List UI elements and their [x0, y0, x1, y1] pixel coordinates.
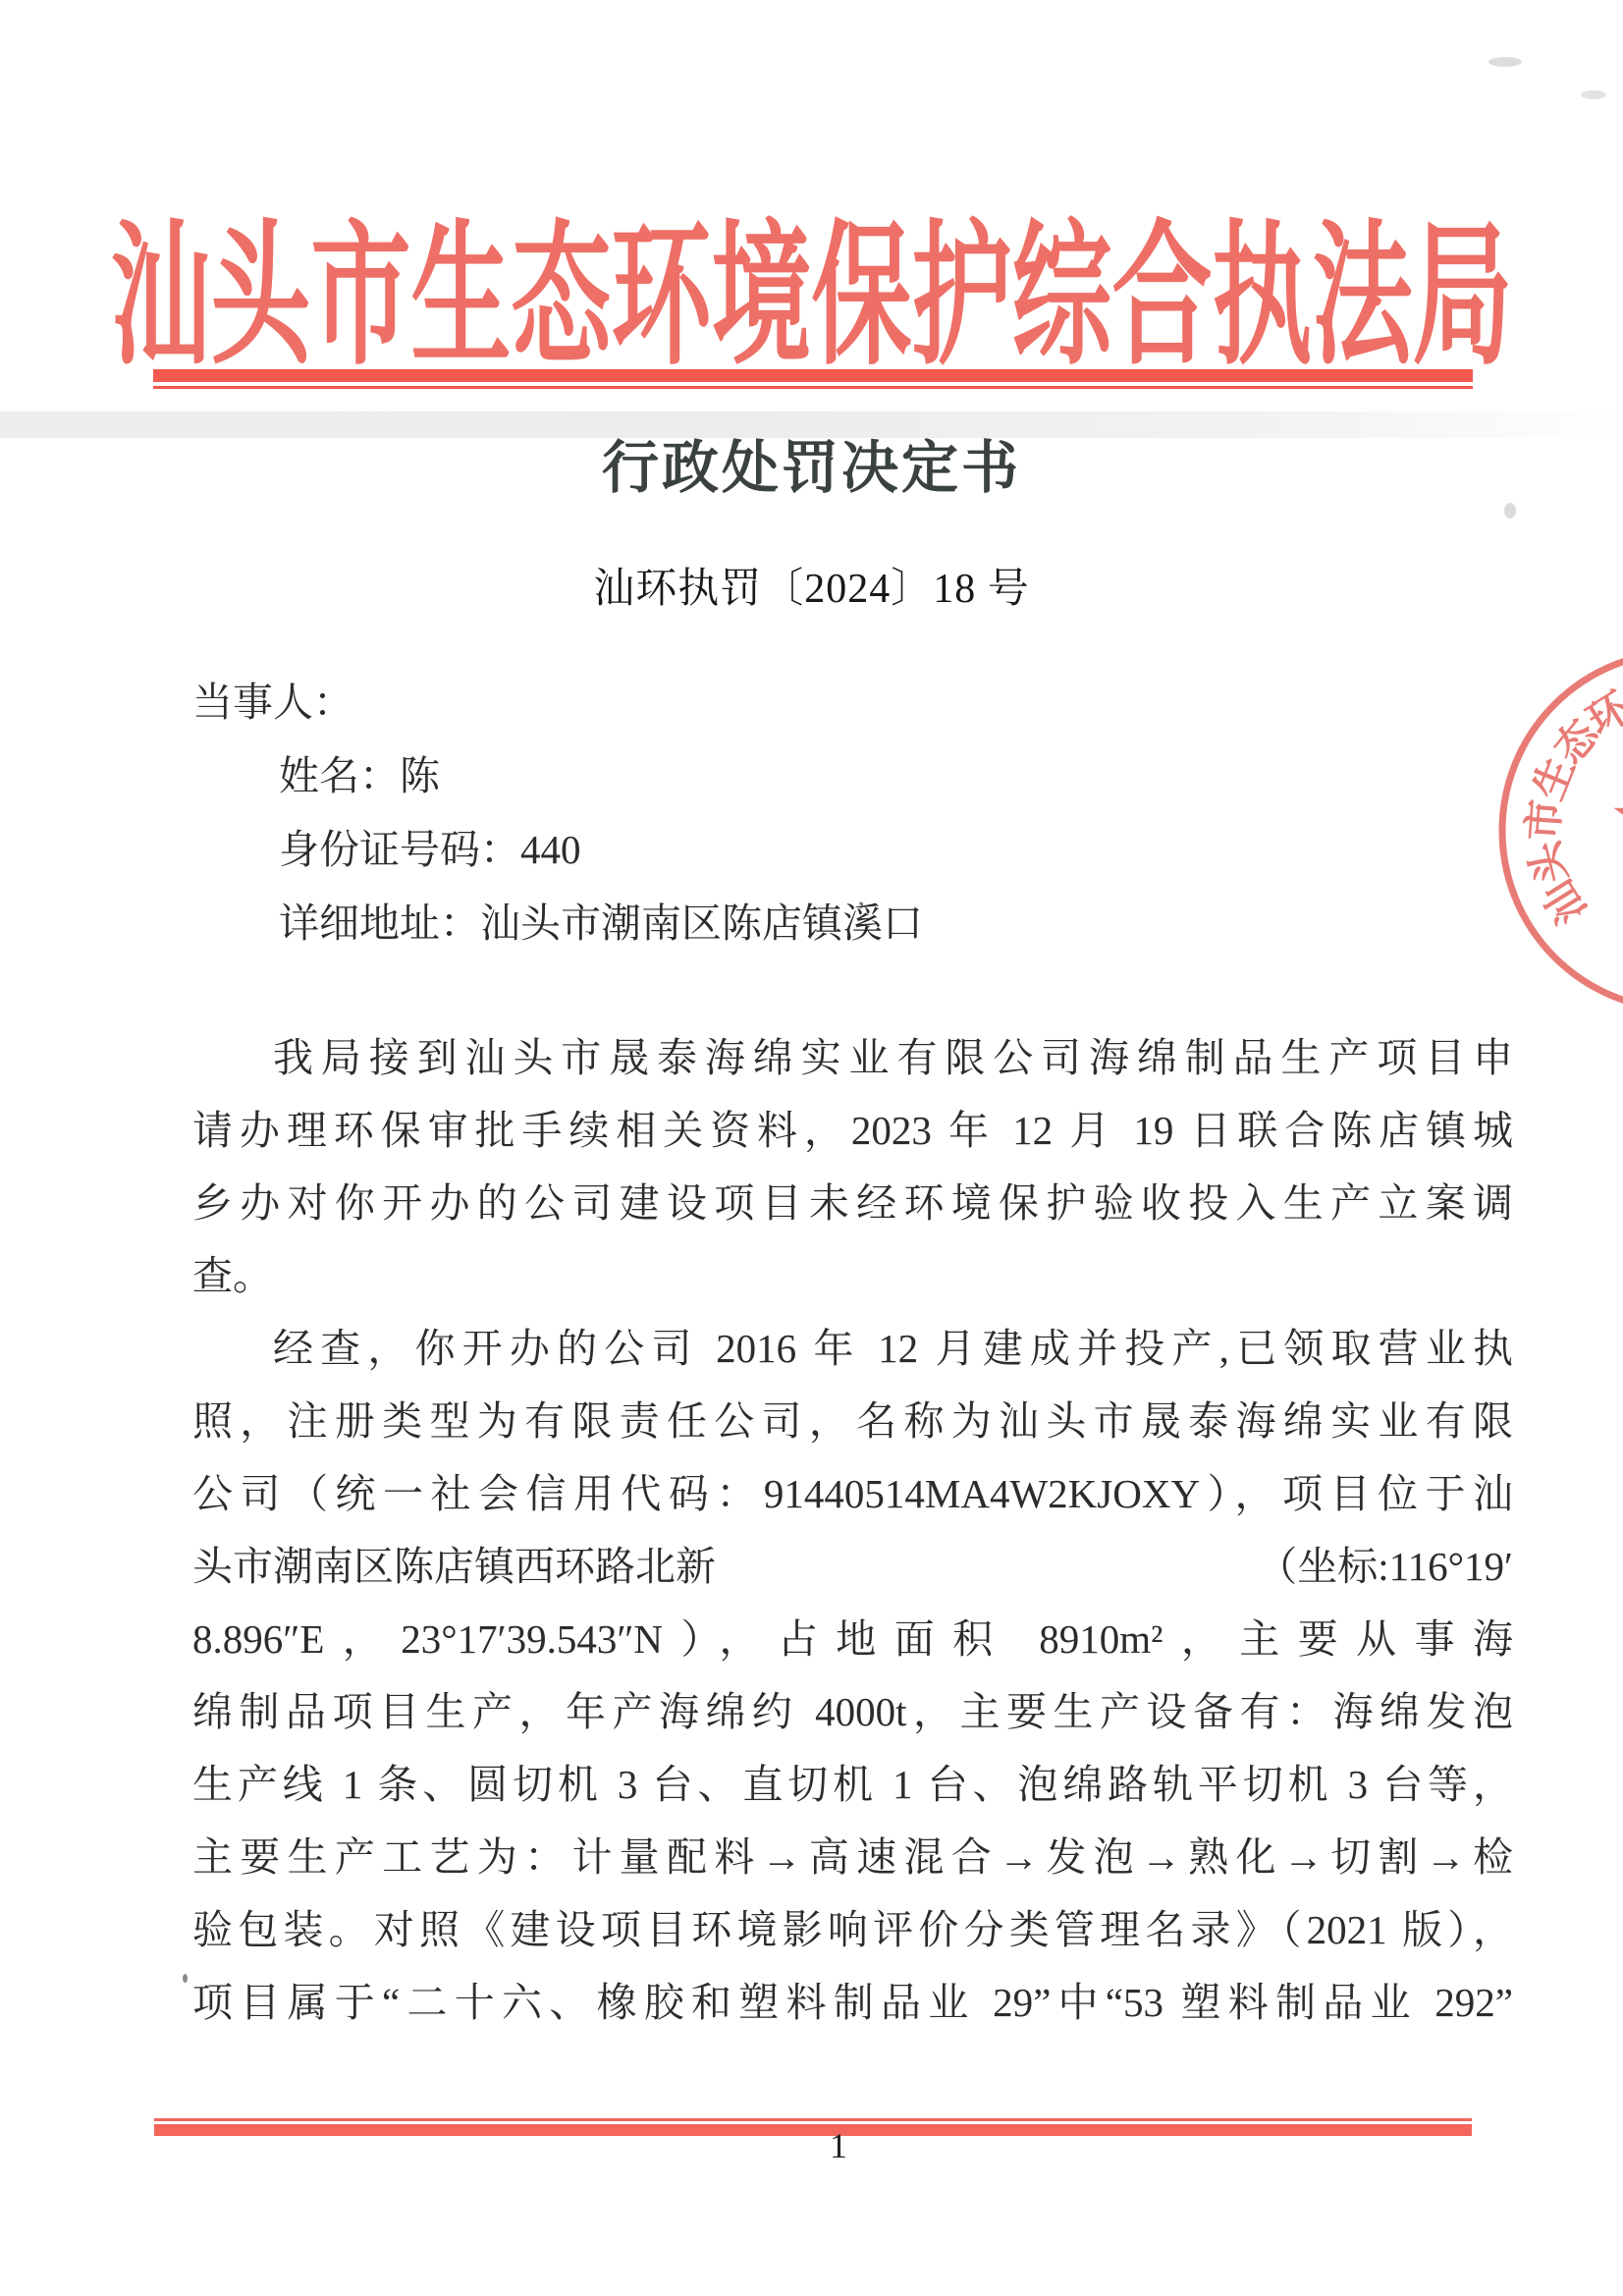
body-text-line: 我局接到汕头市晟泰海绵实业有限公司海绵制品生产项目申 — [192, 1021, 1513, 1094]
party-info-block: 当事人： 姓名：陈 身份证号码：440 详细地址：汕头市潮南区陈店镇溪口 — [192, 666, 1513, 960]
body-text-line: 乡办对你开办的公司建设项目未经环境保护验收投入生产立案调 — [192, 1167, 1513, 1239]
body-text-line: 生产线 1 条、圆切机 3 台、直切机 1 台、泡绵路轨平切机 3 台等， — [192, 1748, 1513, 1821]
header-separator-line — [153, 369, 1473, 389]
scan-smudge — [1581, 90, 1606, 99]
body-text-line: 8.896″E，23°17′39.543″N），占地面积 8910m²，主要从事… — [192, 1603, 1513, 1675]
document-number: 汕环执罚〔2024〕18 号 — [0, 556, 1623, 615]
page-number: 1 — [830, 2125, 847, 2166]
paragraph-case-filing: 我局接到汕头市晟泰海绵实业有限公司海绵制品生产项目申请办理环保审批手续相关资料，… — [192, 1021, 1513, 1312]
body-text-line: 查。 — [192, 1239, 1513, 1312]
body-text-line: 照，注册类型为有限责任公司，名称为汕头市晟泰海绵实业有限 — [192, 1385, 1513, 1457]
scan-smudge — [1504, 503, 1516, 519]
body-text-line: 主要生产工艺为：计量配料→高速混合→发泡→熟化→切割→检 — [192, 1821, 1513, 1893]
seal-star-icon — [1614, 759, 1623, 887]
separator-thin-line — [153, 386, 1473, 389]
scan-smudge — [1488, 57, 1522, 67]
paragraph-investigation-findings: 经查，你开办的公司 2016 年 12 月建成并投产,已领取营业执照，注册类型为… — [192, 1312, 1513, 2039]
scan-smudge — [183, 1974, 188, 1983]
body-text-line: 验包装。对照《建设项目环境影响评价分类管理名录》（2021 版）， — [192, 1893, 1513, 1966]
separator-thick-line — [154, 2124, 1472, 2136]
party-name-field: 姓名：陈 — [192, 739, 1513, 813]
body-text-line: 经查，你开办的公司 2016 年 12 月建成并投产,已领取营业执 — [192, 1312, 1513, 1385]
official-red-seal: 汕 头 市 生 态 环 — [1453, 607, 1623, 1068]
party-label: 当事人： — [192, 666, 1513, 739]
party-id-number-field: 身份证号码：440 — [192, 813, 1513, 887]
party-address-field: 详细地址：汕头市潮南区陈店镇溪口 — [192, 887, 1513, 960]
line-segment: 头市潮南区陈店镇西环路北新 — [192, 1530, 716, 1603]
scanned-document-page: ’ 汕头市生态环境保护综合执法局 行政处罚决定书 汕环执罚〔2024〕18 号 … — [0, 0, 1623, 2296]
separator-thick-line — [153, 369, 1473, 382]
body-text-line: 公司（统一社会信用代码：91440514MA4W2KJOXY），项目位于汕 — [192, 1457, 1513, 1530]
body-text-line: 项目属于“二十六、橡胶和塑料制品业 29”中“53 塑料制品业 292” — [192, 1966, 1513, 2039]
line-segment: （坐标:116°19′ — [1257, 1530, 1513, 1603]
body-text-line: 绵制品项目生产，年产海绵约 4000t，主要生产设备有：海绵发泡 — [192, 1675, 1513, 1748]
body-text-line: 头市潮南区陈店镇西环路北新（坐标:116°19′ — [192, 1530, 1513, 1603]
document-title: 行政处罚决定书 — [0, 421, 1623, 504]
agency-header-title: 汕头市生态环境保护综合执法局 — [0, 173, 1623, 395]
footer-separator-line — [154, 2118, 1472, 2136]
document-body: 我局接到汕头市晟泰海绵实业有限公司海绵制品生产项目申请办理环保审批手续相关资料，… — [192, 1021, 1513, 2039]
body-text-line: 请办理环保审批手续相关资料，2023 年 12 月 19 日联合陈店镇城 — [192, 1094, 1513, 1167]
